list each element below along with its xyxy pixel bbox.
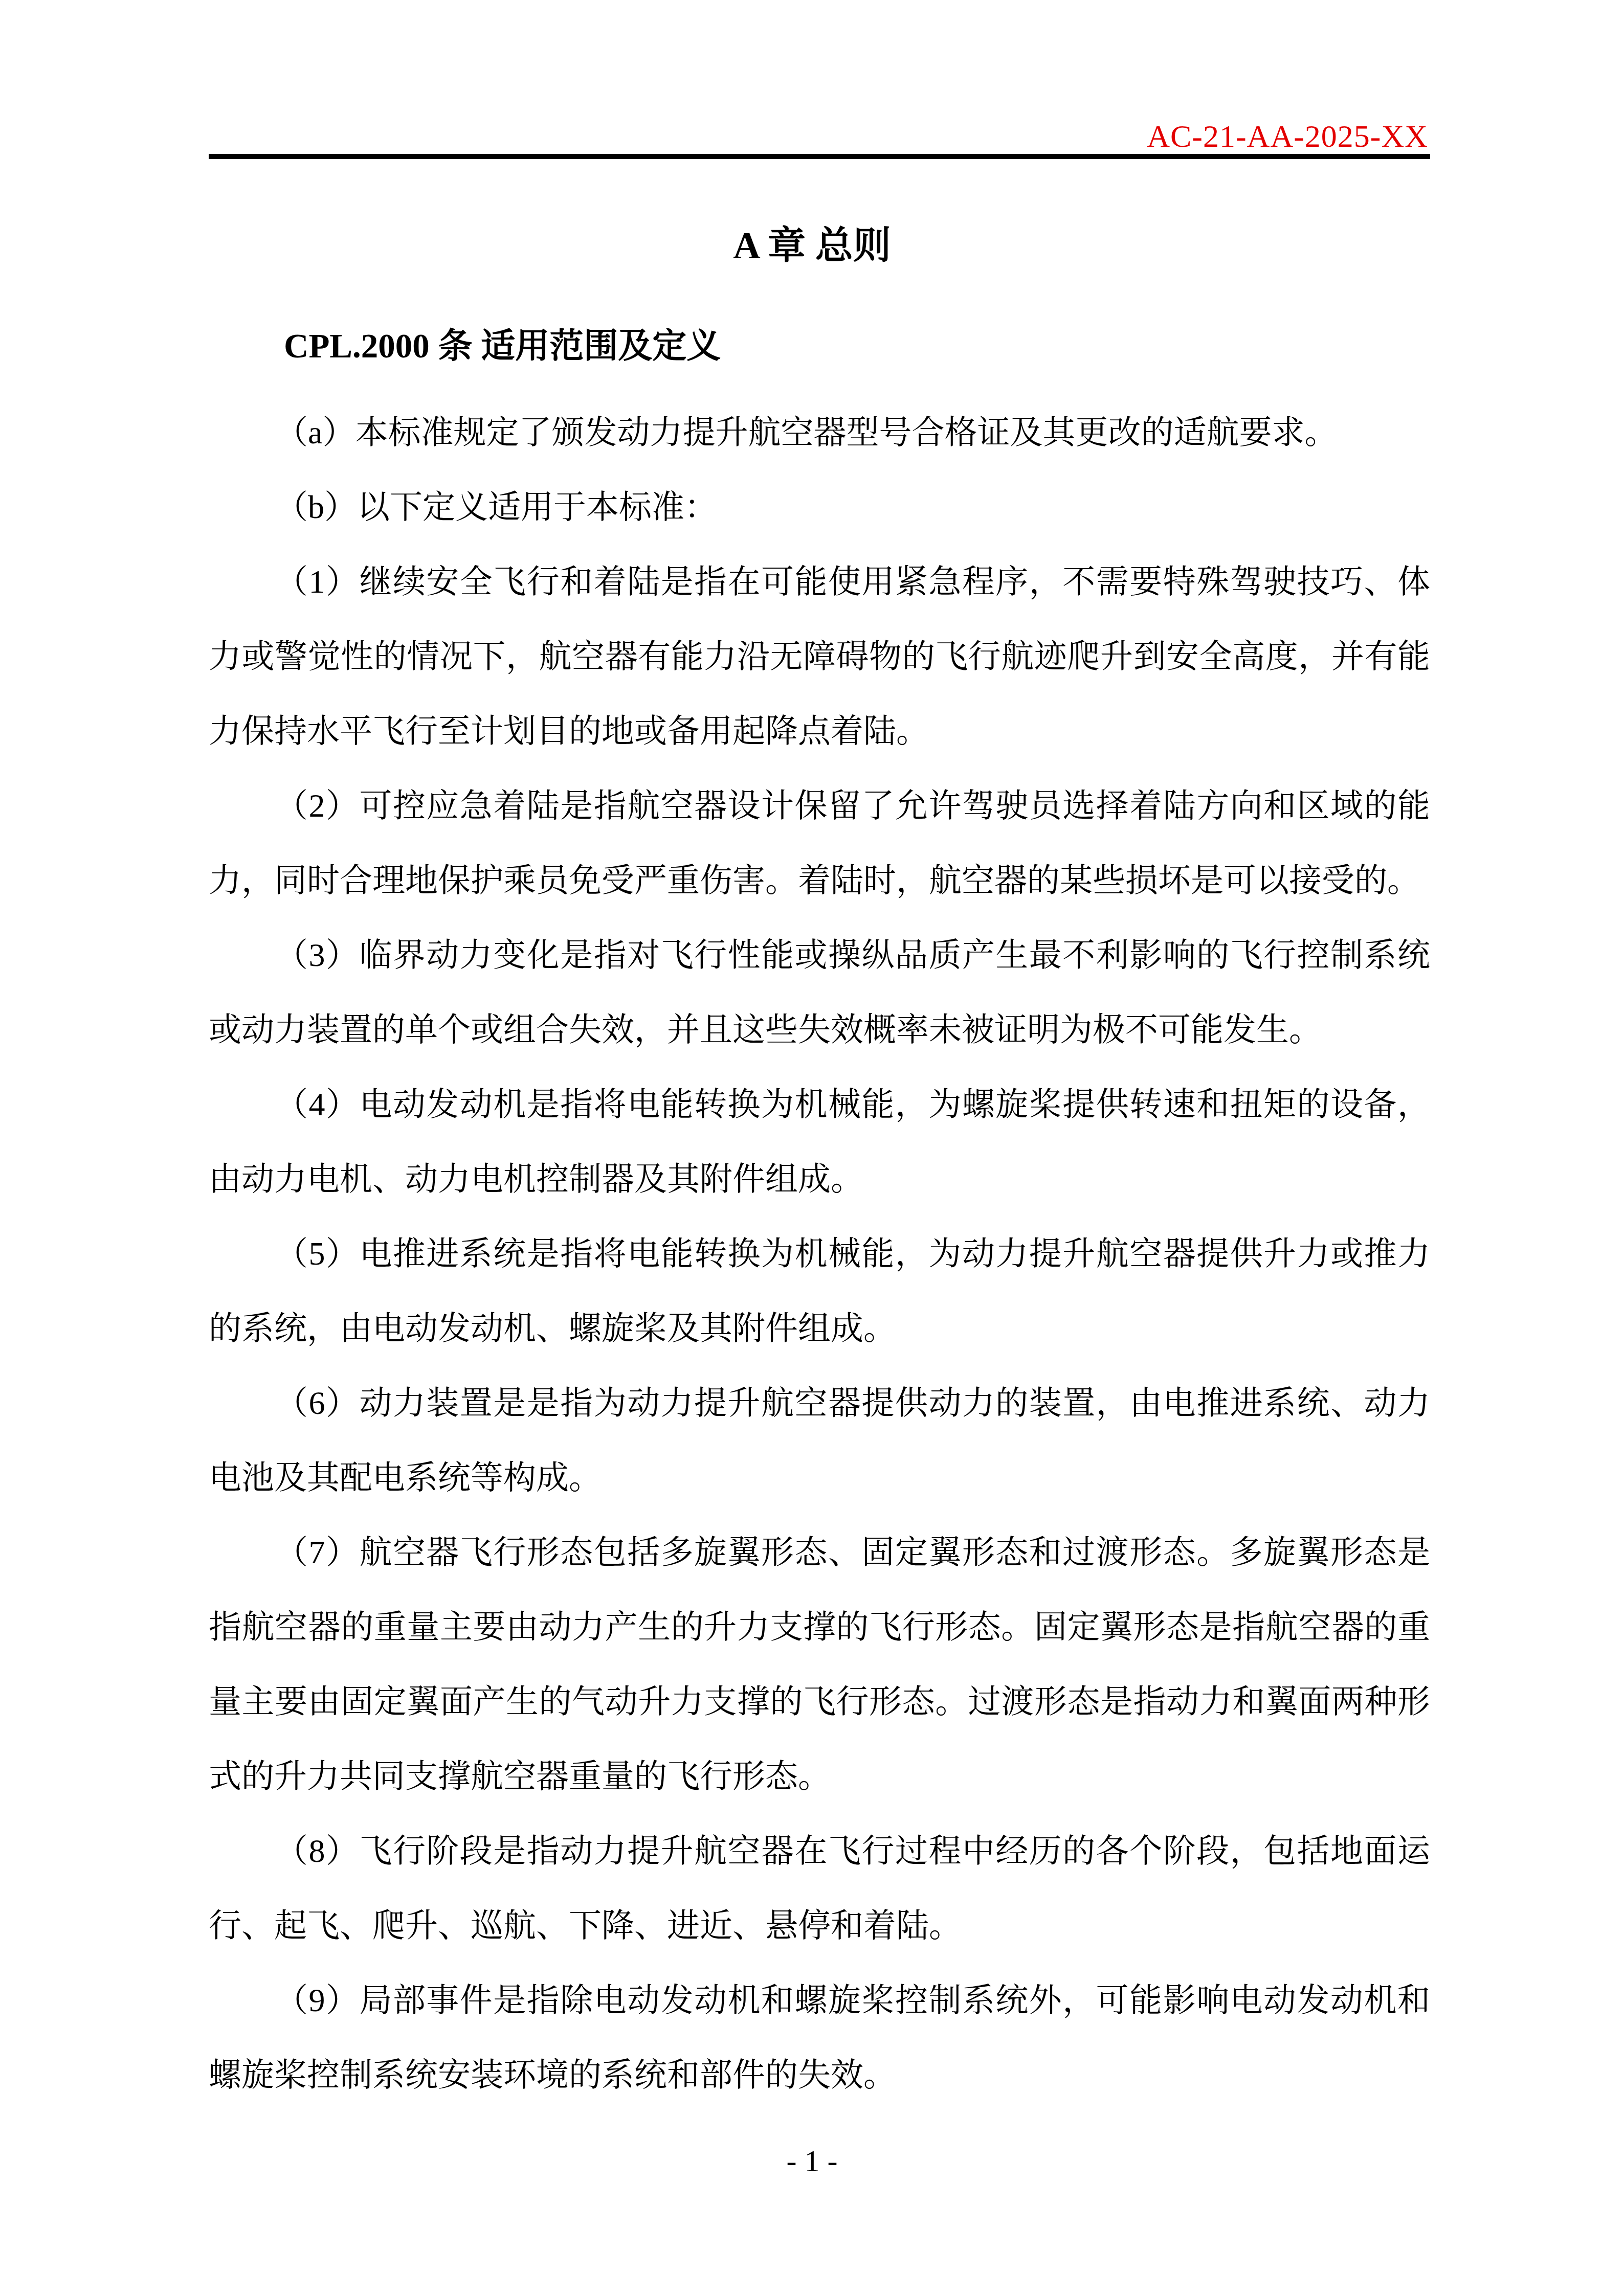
body-paragraph-6: （6）动力装置是是指为动力提升航空器提供动力的装置，由电推进系统、动力电池及其配… — [209, 1366, 1430, 1515]
body-paragraph-b: （b）以下定义适用于本标准： — [209, 470, 1430, 545]
body-paragraph-a: （a）本标准规定了颁发动力提升航空器型号合格证及其更改的适航要求。 — [209, 395, 1430, 470]
document-code: AC-21-AA-2025-XX — [1147, 121, 1428, 152]
body-paragraph-5: （5）电推进系统是指将电能转换为机械能，为动力提升航空器提供升力或推力的系统，由… — [209, 1217, 1430, 1366]
body-paragraph-1: （1）继续安全飞行和着陆是指在可能使用紧急程序，不需要特殊驾驶技巧、体力或警觉性… — [209, 545, 1430, 769]
body-paragraph-4: （4）电动发动机是指将电能转换为机械能，为螺旋桨提供转速和扭矩的设备，由动力电机… — [209, 1067, 1430, 1217]
body-paragraph-7: （7）航空器飞行形态包括多旋翼形态、固定翼形态和过渡形态。多旋翼形态是指航空器的… — [209, 1515, 1430, 1814]
body-paragraph-3: （3）临界动力变化是指对飞行性能或操纵品质产生最不利影响的飞行控制系统或动力装置… — [209, 918, 1430, 1067]
chapter-title: A 章 总则 — [0, 227, 1624, 265]
body-text: （a）本标准规定了颁发动力提升航空器型号合格证及其更改的适航要求。 （b）以下定… — [209, 395, 1430, 2112]
body-paragraph-8: （8）飞行阶段是指动力提升航空器在飞行过程中经历的各个阶段，包括地面运行、起飞、… — [209, 1814, 1430, 1963]
document-page: AC-21-AA-2025-XX A 章 总则 CPL.2000 条 适用范围及… — [0, 0, 1624, 2296]
body-paragraph-9: （9）局部事件是指除电动发动机和螺旋桨控制系统外，可能影响电动发动机和螺旋桨控制… — [209, 1963, 1430, 2112]
header-divider — [209, 154, 1430, 159]
body-paragraph-2: （2）可控应急着陆是指航空器设计保留了允许驾驶员选择着陆方向和区域的能力，同时合… — [209, 769, 1430, 918]
section-heading: CPL.2000 条 适用范围及定义 — [284, 329, 721, 364]
page-number: - 1 - — [0, 2146, 1624, 2176]
